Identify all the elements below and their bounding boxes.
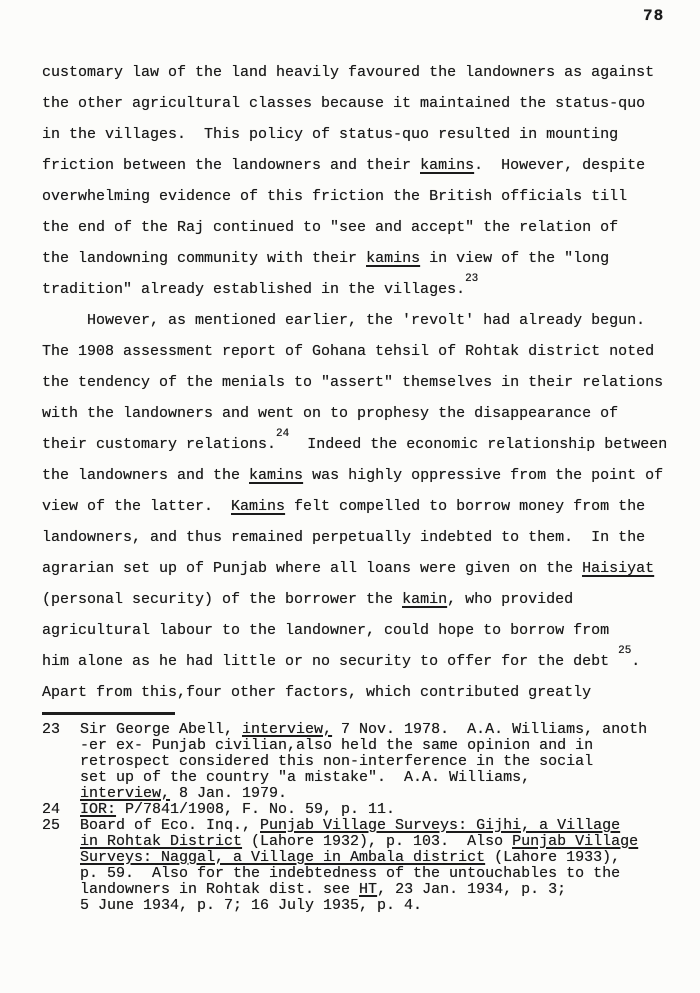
text-segment: the other agricultural classes because i… <box>42 95 645 112</box>
text-segment: 8 Jan. 1979. <box>170 785 287 802</box>
footnote-item: 23Sir George Abell, interview, 7 Nov. 19… <box>42 722 692 802</box>
footnote-line: Sir George Abell, interview, 7 Nov. 1978… <box>80 722 692 738</box>
text-line: Apart from this,four other factors, whic… <box>42 677 692 708</box>
underlined-text: Punjab Village Surveys: Gijhi, a Village <box>260 817 620 834</box>
text-segment: in the villages. This policy of status-q… <box>42 126 618 143</box>
text-segment: p. 59. Also for the indebtedness of the … <box>80 865 620 882</box>
text-segment: landowners, and thus remained perpetuall… <box>42 529 645 546</box>
footnote-line: -er ex- Punjab civilian,also held the sa… <box>80 738 692 754</box>
text-line: the landowners and the kamins was highly… <box>42 460 692 491</box>
text-segment: the landowners and the <box>42 467 249 484</box>
text-segment: their customary relations. <box>42 436 276 453</box>
text-segment: in view of the "long <box>420 250 609 267</box>
footnote-line: landowners in Rohtak dist. see HT, 23 Ja… <box>80 882 692 898</box>
text-segment: However, as mentioned earlier, the 'revo… <box>42 312 645 329</box>
text-line: in the villages. This policy of status-q… <box>42 119 692 150</box>
text-segment: overwhelming evidence of this friction t… <box>42 188 627 205</box>
text-line: agricultural labour to the landowner, co… <box>42 615 692 646</box>
text-segment: friction between the landowners and thei… <box>42 157 420 174</box>
text-line: overwhelming evidence of this friction t… <box>42 181 692 212</box>
text-segment: -er ex- Punjab civilian,also held the sa… <box>80 737 593 754</box>
underlined-text: in Rohtak District <box>80 833 242 850</box>
text-segment: was highly oppressive from the point of <box>303 467 663 484</box>
text-segment: agricultural labour to the landowner, co… <box>42 622 609 639</box>
text-segment: the landowning community with their <box>42 250 366 267</box>
text-segment: with the landowners and went on to proph… <box>42 405 618 422</box>
footnote-item: 24IOR: P/7841/1908, F. No. 59, p. 11. <box>42 802 692 818</box>
underlined-text: Punjab Village <box>512 833 638 850</box>
text-line: agrarian set up of Punjab where all loan… <box>42 553 692 584</box>
text-segment: 7 Nov. 1978. A.A. Williams, anoth <box>332 721 647 738</box>
body-text: customary law of the land heavily favour… <box>42 57 692 708</box>
text-line: landowners, and thus remained perpetuall… <box>42 522 692 553</box>
text-line: him alone as he had little or no securit… <box>42 646 692 677</box>
text-segment: The 1908 assessment report of Gohana teh… <box>42 343 654 360</box>
footnote-separator <box>42 712 175 715</box>
text-segment: customary law of the land heavily favour… <box>42 64 654 81</box>
text-segment: view of the latter. <box>42 498 231 515</box>
text-segment: P/7841/1908, F. No. 59, p. 11. <box>116 801 395 818</box>
footnote-ref: 24 <box>276 428 289 440</box>
text-line: However, as mentioned earlier, the 'revo… <box>42 305 692 336</box>
text-segment: set up of the country "a mistake". A.A. … <box>80 769 530 786</box>
document-page: 78 customary law of the land heavily fav… <box>0 0 700 993</box>
underlined-text: interview, <box>80 785 170 802</box>
underlined-text: kamins <box>420 157 474 174</box>
footnote-line: in Rohtak District (Lahore 1932), p. 103… <box>80 834 692 850</box>
text-line: the end of the Raj continued to "see and… <box>42 212 692 243</box>
underlined-text: Kamins <box>231 498 285 515</box>
text-segment: Apart from this,four other factors, whic… <box>42 684 591 701</box>
footnote-ref: 25 <box>618 645 631 657</box>
text-line: view of the latter. Kamins felt compelle… <box>42 491 692 522</box>
footnote-text: Board of Eco. Inq., Punjab Village Surve… <box>80 818 692 914</box>
underlined-text: Surveys: Naggal, a Village in Ambala dis… <box>80 849 485 866</box>
text-line: The 1908 assessment report of Gohana teh… <box>42 336 692 367</box>
text-segment: Board of Eco. Inq., <box>80 817 260 834</box>
text-line: customary law of the land heavily favour… <box>42 57 692 88</box>
text-segment: landowners in Rohtak dist. see <box>80 881 359 898</box>
text-segment: agrarian set up of Punjab where all loan… <box>42 560 582 577</box>
text-segment: (personal security) of the borrower the <box>42 591 402 608</box>
footnote-line: Surveys: Naggal, a Village in Ambala dis… <box>80 850 692 866</box>
footnote-line: retrospect considered this non-interfere… <box>80 754 692 770</box>
text-segment: (Lahore 1932), p. 103. Also <box>242 833 512 850</box>
text-segment: him alone as he had little or no securit… <box>42 653 618 670</box>
footnote-text: Sir George Abell, interview, 7 Nov. 1978… <box>80 722 692 802</box>
text-line: their customary relations.24 Indeed the … <box>42 429 692 460</box>
footnote-line: set up of the country "a mistake". A.A. … <box>80 770 692 786</box>
underlined-text: Haisiyat <box>582 560 654 577</box>
footnote-number: 23 <box>42 722 80 802</box>
text-line: the landowning community with their kami… <box>42 243 692 274</box>
footnote-number: 24 <box>42 802 80 818</box>
text-segment: the tendency of the menials to "assert" … <box>42 374 663 391</box>
text-segment: retrospect considered this non-interfere… <box>80 753 593 770</box>
text-segment: , who provided <box>447 591 573 608</box>
footnote-text: IOR: P/7841/1908, F. No. 59, p. 11. <box>80 802 692 818</box>
text-line: (personal security) of the borrower the … <box>42 584 692 615</box>
underlined-text: kamin <box>402 591 447 608</box>
footnote-line: 5 June 1934, p. 7; 16 July 1935, p. 4. <box>80 898 692 914</box>
text-segment: Indeed the economic relationship between <box>289 436 667 453</box>
page-number: 78 <box>643 7 664 25</box>
text-line: tradition" already established in the vi… <box>42 274 692 305</box>
footnote-line: p. 59. Also for the indebtedness of the … <box>80 866 692 882</box>
text-segment: the end of the Raj continued to "see and… <box>42 219 618 236</box>
underlined-text: kamins <box>366 250 420 267</box>
text-line: friction between the landowners and thei… <box>42 150 692 181</box>
text-line: the tendency of the menials to "assert" … <box>42 367 692 398</box>
footnotes: 23Sir George Abell, interview, 7 Nov. 19… <box>42 722 692 914</box>
underlined-text: IOR: <box>80 801 116 818</box>
footnote-line: interview, 8 Jan. 1979. <box>80 786 692 802</box>
text-segment: (Lahore 1933), <box>485 849 620 866</box>
text-segment: tradition" already established in the vi… <box>42 281 465 298</box>
footnote-line: Board of Eco. Inq., Punjab Village Surve… <box>80 818 692 834</box>
underlined-text: kamins <box>249 467 303 484</box>
footnote-item: 25Board of Eco. Inq., Punjab Village Sur… <box>42 818 692 914</box>
text-line: the other agricultural classes because i… <box>42 88 692 119</box>
underlined-text: HT <box>359 881 377 898</box>
footnote-ref: 23 <box>465 273 478 285</box>
text-segment: . <box>631 653 640 670</box>
footnote-number: 25 <box>42 818 80 914</box>
text-line: with the landowners and went on to proph… <box>42 398 692 429</box>
footnote-line: IOR: P/7841/1908, F. No. 59, p. 11. <box>80 802 692 818</box>
text-segment: 5 June 1934, p. 7; 16 July 1935, p. 4. <box>80 897 422 914</box>
text-segment: Sir George Abell, <box>80 721 242 738</box>
text-segment: , 23 Jan. 1934, p. 3; <box>377 881 566 898</box>
text-segment: felt compelled to borrow money from the <box>285 498 645 515</box>
underlined-text: interview, <box>242 721 332 738</box>
text-segment: . However, despite <box>474 157 645 174</box>
